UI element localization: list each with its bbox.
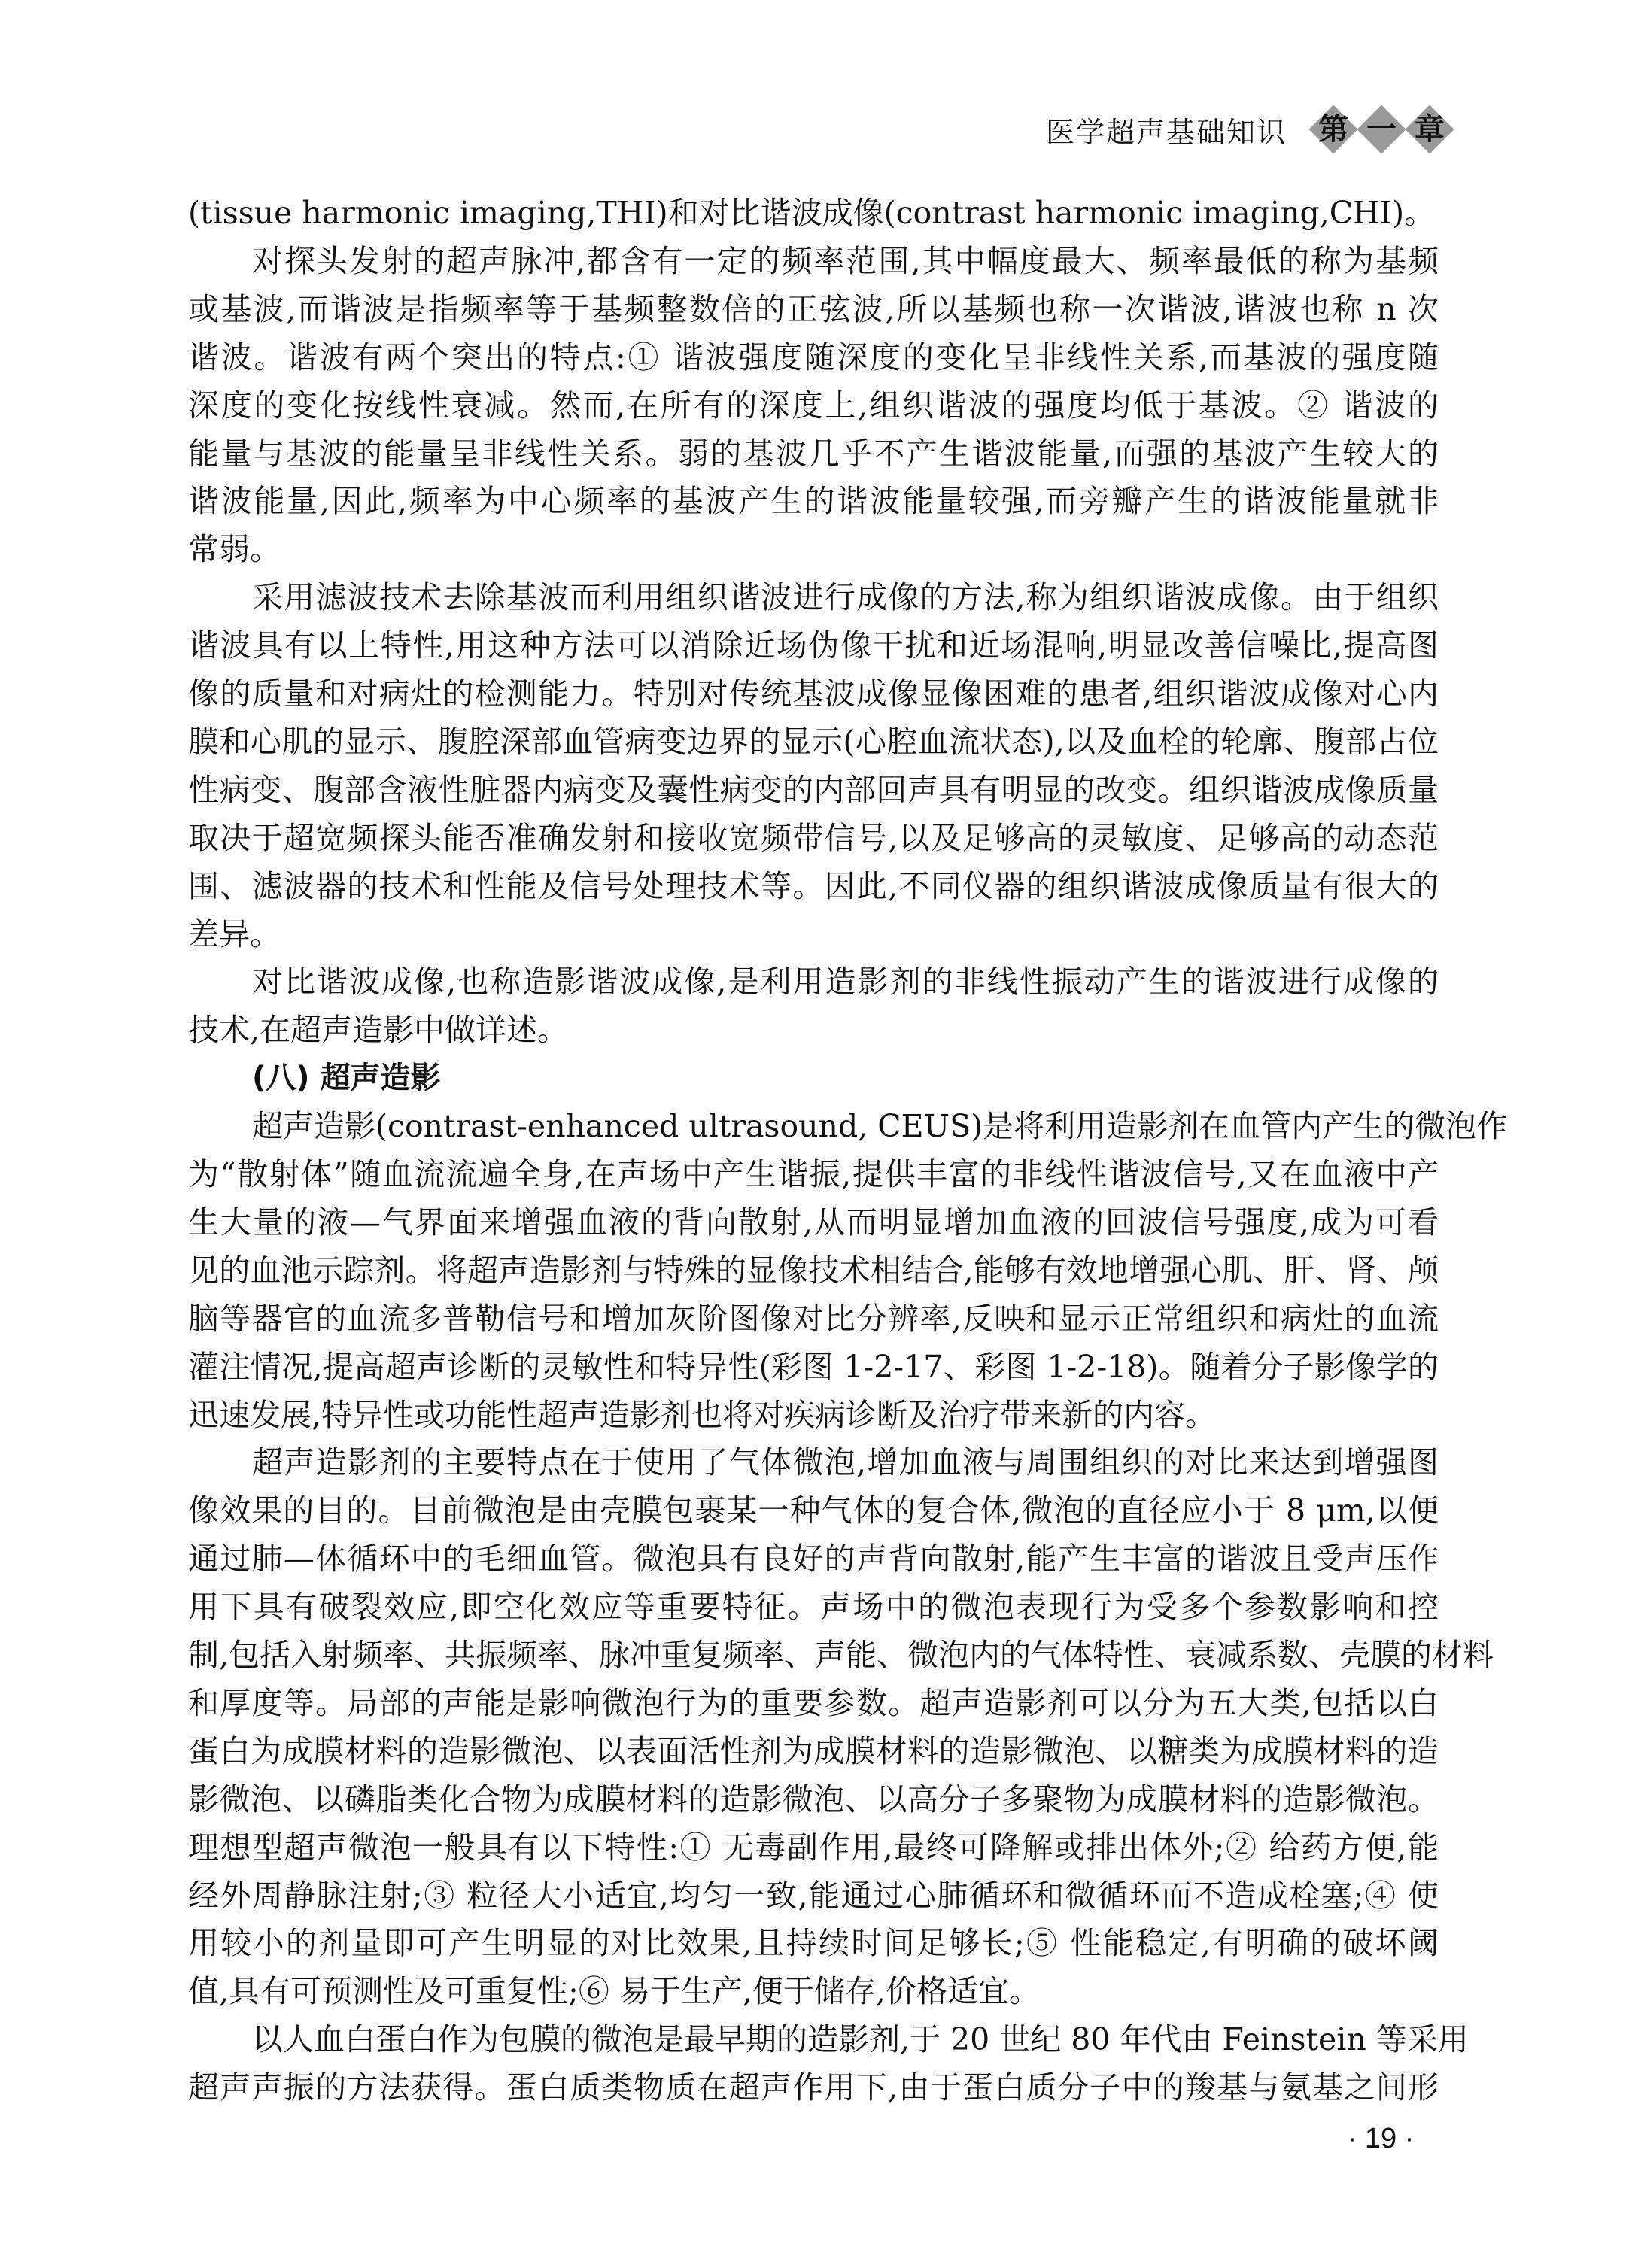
text-line: 理想型超声微泡一般具有以下特性:① 无毒副作用,最终可降解或排出体外;② 给药方…	[188, 1825, 1439, 1870]
text-line: 像的质量和对病灶的检测能力。特别对传统基波成像显像困难的患者,组织谐波成像对心内	[188, 671, 1439, 716]
text-line: 通过肺—体循环中的毛细血管。微泡具有良好的声背向散射,能产生丰富的谐波且受声压作	[188, 1536, 1439, 1581]
text-line: 为“散射体”随血流流遍全身,在声场中产生谐振,提供丰富的非线性谐波信号,又在血液…	[188, 1152, 1439, 1197]
section-heading: (八) 超声造影	[188, 1055, 1439, 1101]
chapter-mark: 第 一 章	[1309, 105, 1454, 153]
text-line: 经外周静脉注射;③ 粒径大小适宜,均匀一致,能通过心肺循环和微循环而不造成栓塞;…	[188, 1873, 1439, 1918]
text-line: 迅速发展,特异性或功能性超声造影剂也将对疾病诊断及治疗带来新的内容。	[188, 1392, 1439, 1438]
text-line: 能量与基波的能量呈非线性关系。弱的基波几乎不产生谐波能量,而强的基波产生较大的	[188, 431, 1439, 476]
text-line: 像效果的目的。目前微泡是由壳膜包裹某一种气体的复合体,微泡的直径应小于 8 μm…	[188, 1488, 1439, 1533]
text-line: 围、滤波器的技术和性能及信号处理技术等。因此,不同仪器的组织谐波成像质量有很大的	[188, 864, 1439, 909]
text-line: 对比谐波成像,也称造影谐波成像,是利用造影剂的非线性振动产生的谐波进行成像的	[188, 959, 1439, 1004]
text-line: 采用滤波技术去除基波而利用组织谐波进行成像的方法,称为组织谐波成像。由于组织	[188, 575, 1439, 620]
text-line: 用下具有破裂效应,即空化效应等重要特征。声场中的微泡表现行为受多个参数影响和控	[188, 1584, 1439, 1629]
text-line: 灌注情况,提高超声诊断的灵敏性和特异性(彩图 1-2-17、彩图 1-2-18)…	[188, 1344, 1439, 1389]
text-line: 取决于超宽频探头能否准确发射和接收宽频带信号,以及足够高的灵敏度、足够高的动态范	[188, 815, 1439, 861]
chapter-char: 一	[1357, 105, 1406, 153]
running-header: 医学超声基础知识 第 一 章	[1046, 105, 1454, 153]
text-line: 以人血白蛋白作为包膜的微泡是最早期的造影剂,于 20 世纪 80 年代由 Fei…	[188, 2017, 1439, 2062]
text-line: 超声造影剂的主要特点在于使用了气体微泡,增加血液与周围组织的对比来达到增强图	[188, 1440, 1439, 1485]
text-line: 技术,在超声造影中做详述。	[188, 1007, 1439, 1052]
diamond-icon: 一	[1357, 105, 1406, 153]
book-title: 医学超声基础知识	[1046, 109, 1287, 150]
text-line: 性病变、腹部含液性脏器内病变及囊性病变的内部回声具有明显的改变。组织谐波成像质量	[188, 767, 1439, 812]
text-line: 谐波能量,因此,频率为中心频率的基波产生的谐波能量较强,而旁瓣产生的谐波能量就非	[188, 478, 1439, 524]
text-line: 差异。	[188, 912, 1439, 957]
text-line: 常弱。	[188, 527, 1439, 572]
text-line: (tissue harmonic imaging,THI)和对比谐波成像(con…	[188, 190, 1439, 235]
text-line: 生大量的液—气界面来增强血液的背向散射,从而明显增加血液的回波信号强度,成为可看	[188, 1200, 1439, 1245]
text-line: 或基波,而谐波是指频率等于基频整数倍的正弦波,所以基频也称一次谐波,谐波也称 n…	[188, 287, 1439, 332]
diamond-icon: 章	[1406, 105, 1454, 153]
text-line: 值,具有可预测性及可重复性;⑥ 易于生产,便于储存,价格适宜。	[188, 1969, 1439, 2014]
text-line: 见的血池示踪剂。将超声造影剂与特殊的显像技术相结合,能够有效地增强心肌、肝、肾、…	[188, 1248, 1439, 1293]
text-line: 制,包括入射频率、共振频率、脉冲重复频率、声能、微泡内的气体特性、衰减系数、壳膜…	[188, 1632, 1439, 1677]
text-line: 蛋白为成膜材料的造影微泡、以表面活性剂为成膜材料的造影微泡、以糖类为成膜材料的造	[188, 1729, 1439, 1774]
text-line: 对探头发射的超声脉冲,都含有一定的频率范围,其中幅度最大、频率最低的称为基频	[188, 238, 1439, 284]
book-page: 医学超声基础知识 第 一 章 (tissue harmonic imaging,…	[0, 0, 1629, 2268]
diamond-icon: 第	[1309, 105, 1357, 153]
text-line: 深度的变化按线性衰减。然而,在所有的深度上,组织谐波的强度均低于基波。② 谐波的	[188, 383, 1439, 428]
text-line: 谐波。谐波有两个突出的特点:① 谐波强度随深度的变化呈非线性关系,而基波的强度随	[188, 335, 1439, 380]
text-line: 影微泡、以磷脂类化合物为成膜材料的造影微泡、以高分子多聚物为成膜材料的造影微泡。	[188, 1777, 1439, 1822]
text-line: 用较小的剂量即可产生明显的对比效果,且持续时间足够长;⑤ 性能稳定,有明确的破坏…	[188, 1920, 1439, 1966]
text-line: 超声声振的方法获得。蛋白质类物质在超声作用下,由于蛋白质分子中的羧基与氨基之间形	[188, 2065, 1439, 2110]
text-line: 膜和心肌的显示、腹腔深部血管病变边界的显示(心腔血流状态),以及血栓的轮廓、腹部…	[188, 719, 1439, 764]
text-line: 脑等器官的血流多普勒信号和增加灰阶图像对比分辨率,反映和显示正常组织和病灶的血流	[188, 1296, 1439, 1341]
text-line: 谐波具有以上特性,用这种方法可以消除近场伪像干扰和近场混响,明显改善信噪比,提高…	[188, 623, 1439, 668]
text-line: 超声造影(contrast-enhanced ultrasound, CEUS)…	[188, 1104, 1439, 1149]
chapter-char: 第	[1309, 105, 1357, 153]
page-number: · 19 ·	[1339, 2123, 1422, 2155]
text-line: 和厚度等。局部的声能是影响微泡行为的重要参数。超声造影剂可以分为五大类,包括以白	[188, 1681, 1439, 1726]
chapter-char: 章	[1406, 105, 1454, 153]
